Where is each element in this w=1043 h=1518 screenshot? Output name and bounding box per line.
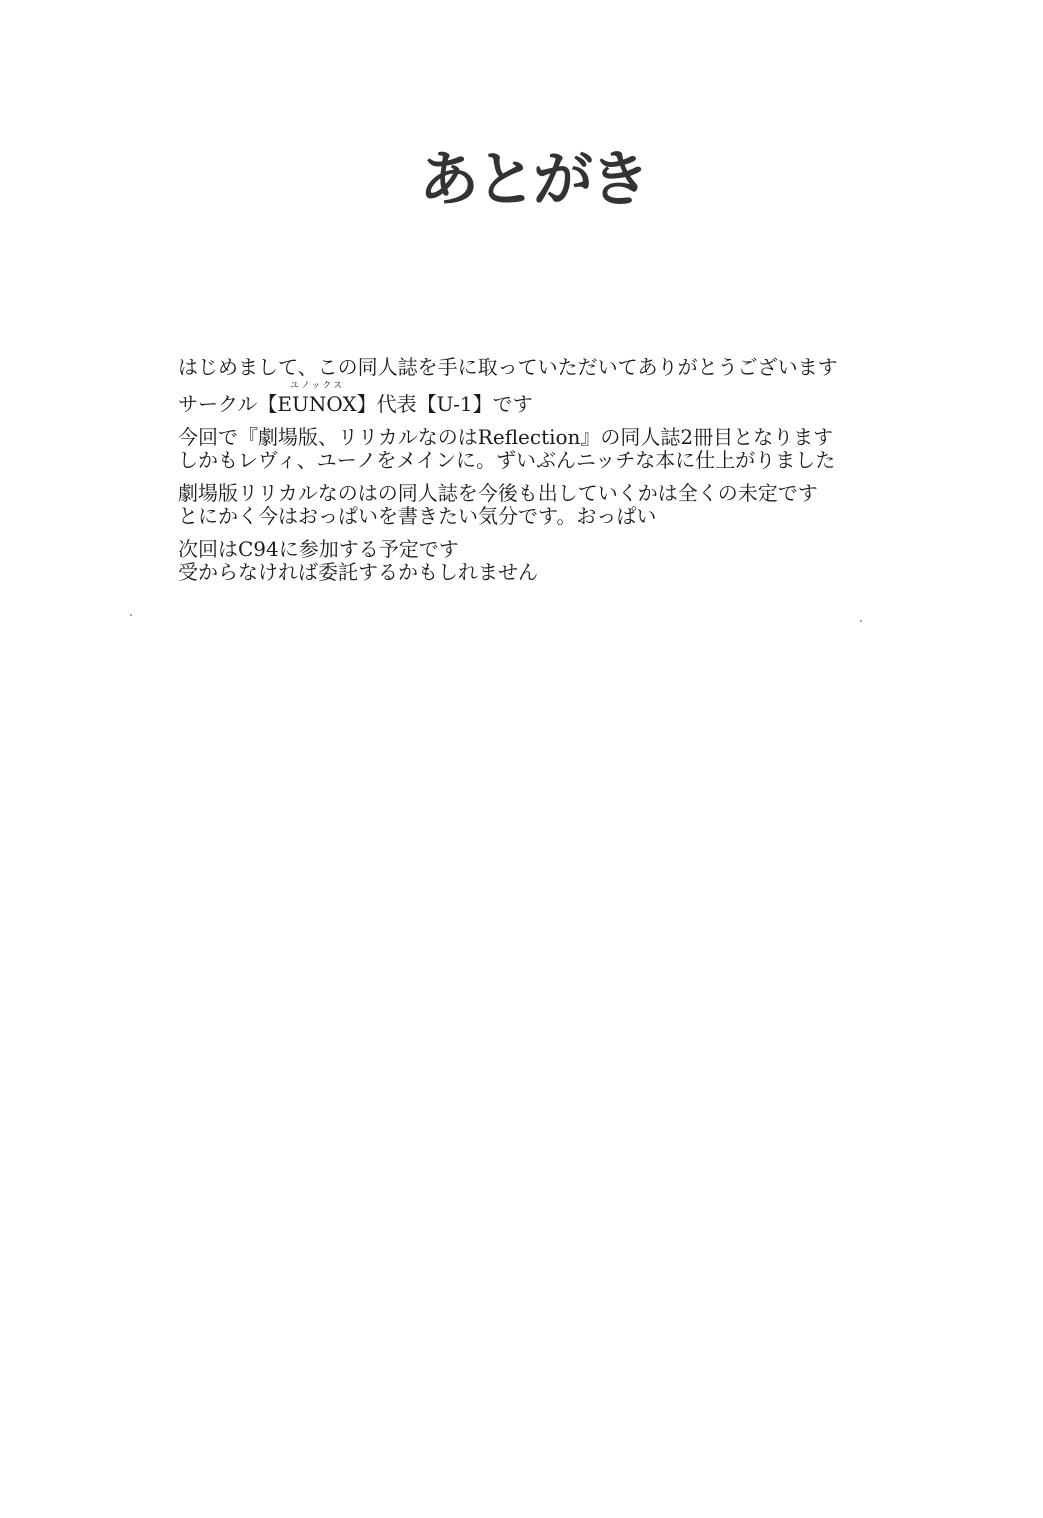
paragraph-greeting: はじめまして、この同人誌を手に取っていただいてありがとうございます [178, 356, 878, 379]
scan-speck [860, 620, 862, 622]
text-line: 今回で『劇場版、リリカルなのはReflection』の同人誌2冊目となります [178, 426, 878, 449]
circle-name-furigana: ユノックス [277, 381, 356, 391]
text-line: サークル【ユノックスEUNOX】代表【U-1】です [178, 393, 878, 416]
circle-name-base: EUNOX [277, 392, 356, 416]
circle-name: ユノックスEUNOX [277, 393, 356, 416]
paragraph-circle-intro: サークル【ユノックスEUNOX】代表【U-1】です [178, 393, 878, 416]
paragraph-future-plans: 劇場版リリカルなのはの同人誌を今後も出していくかは全くの未定です とにかく今はお… [178, 482, 878, 528]
scan-speck [130, 614, 132, 616]
text-line: 受からなければ委託するかもしれません [178, 561, 878, 584]
afterword-page: あとがき はじめまして、この同人誌を手に取っていただいてありがとうございます サ… [0, 0, 1043, 1518]
paragraph-book-info: 今回で『劇場版、リリカルなのはReflection』の同人誌2冊目となります し… [178, 426, 878, 472]
afterword-body: はじめまして、この同人誌を手に取っていただいてありがとうございます サークル【ユ… [178, 356, 878, 594]
circle-prefix: サークル【 [178, 392, 277, 416]
text-line: はじめまして、この同人誌を手に取っていただいてありがとうございます [178, 356, 878, 379]
text-line: 劇場版リリカルなのはの同人誌を今後も出していくかは全くの未定です [178, 482, 878, 505]
text-line: しかもレヴィ、ユーノをメインに。ずいぶんニッチな本に仕上がりました [178, 449, 878, 472]
page-title: あとがき [418, 140, 648, 220]
text-line: 次回はC94に参加する予定です [178, 538, 878, 561]
paragraph-next-event: 次回はC94に参加する予定です 受からなければ委託するかもしれません [178, 538, 878, 584]
text-line: とにかく今はおっぱいを書きたい気分です。おっぱい [178, 505, 878, 528]
circle-suffix: 】代表【U-1】です [357, 392, 533, 416]
